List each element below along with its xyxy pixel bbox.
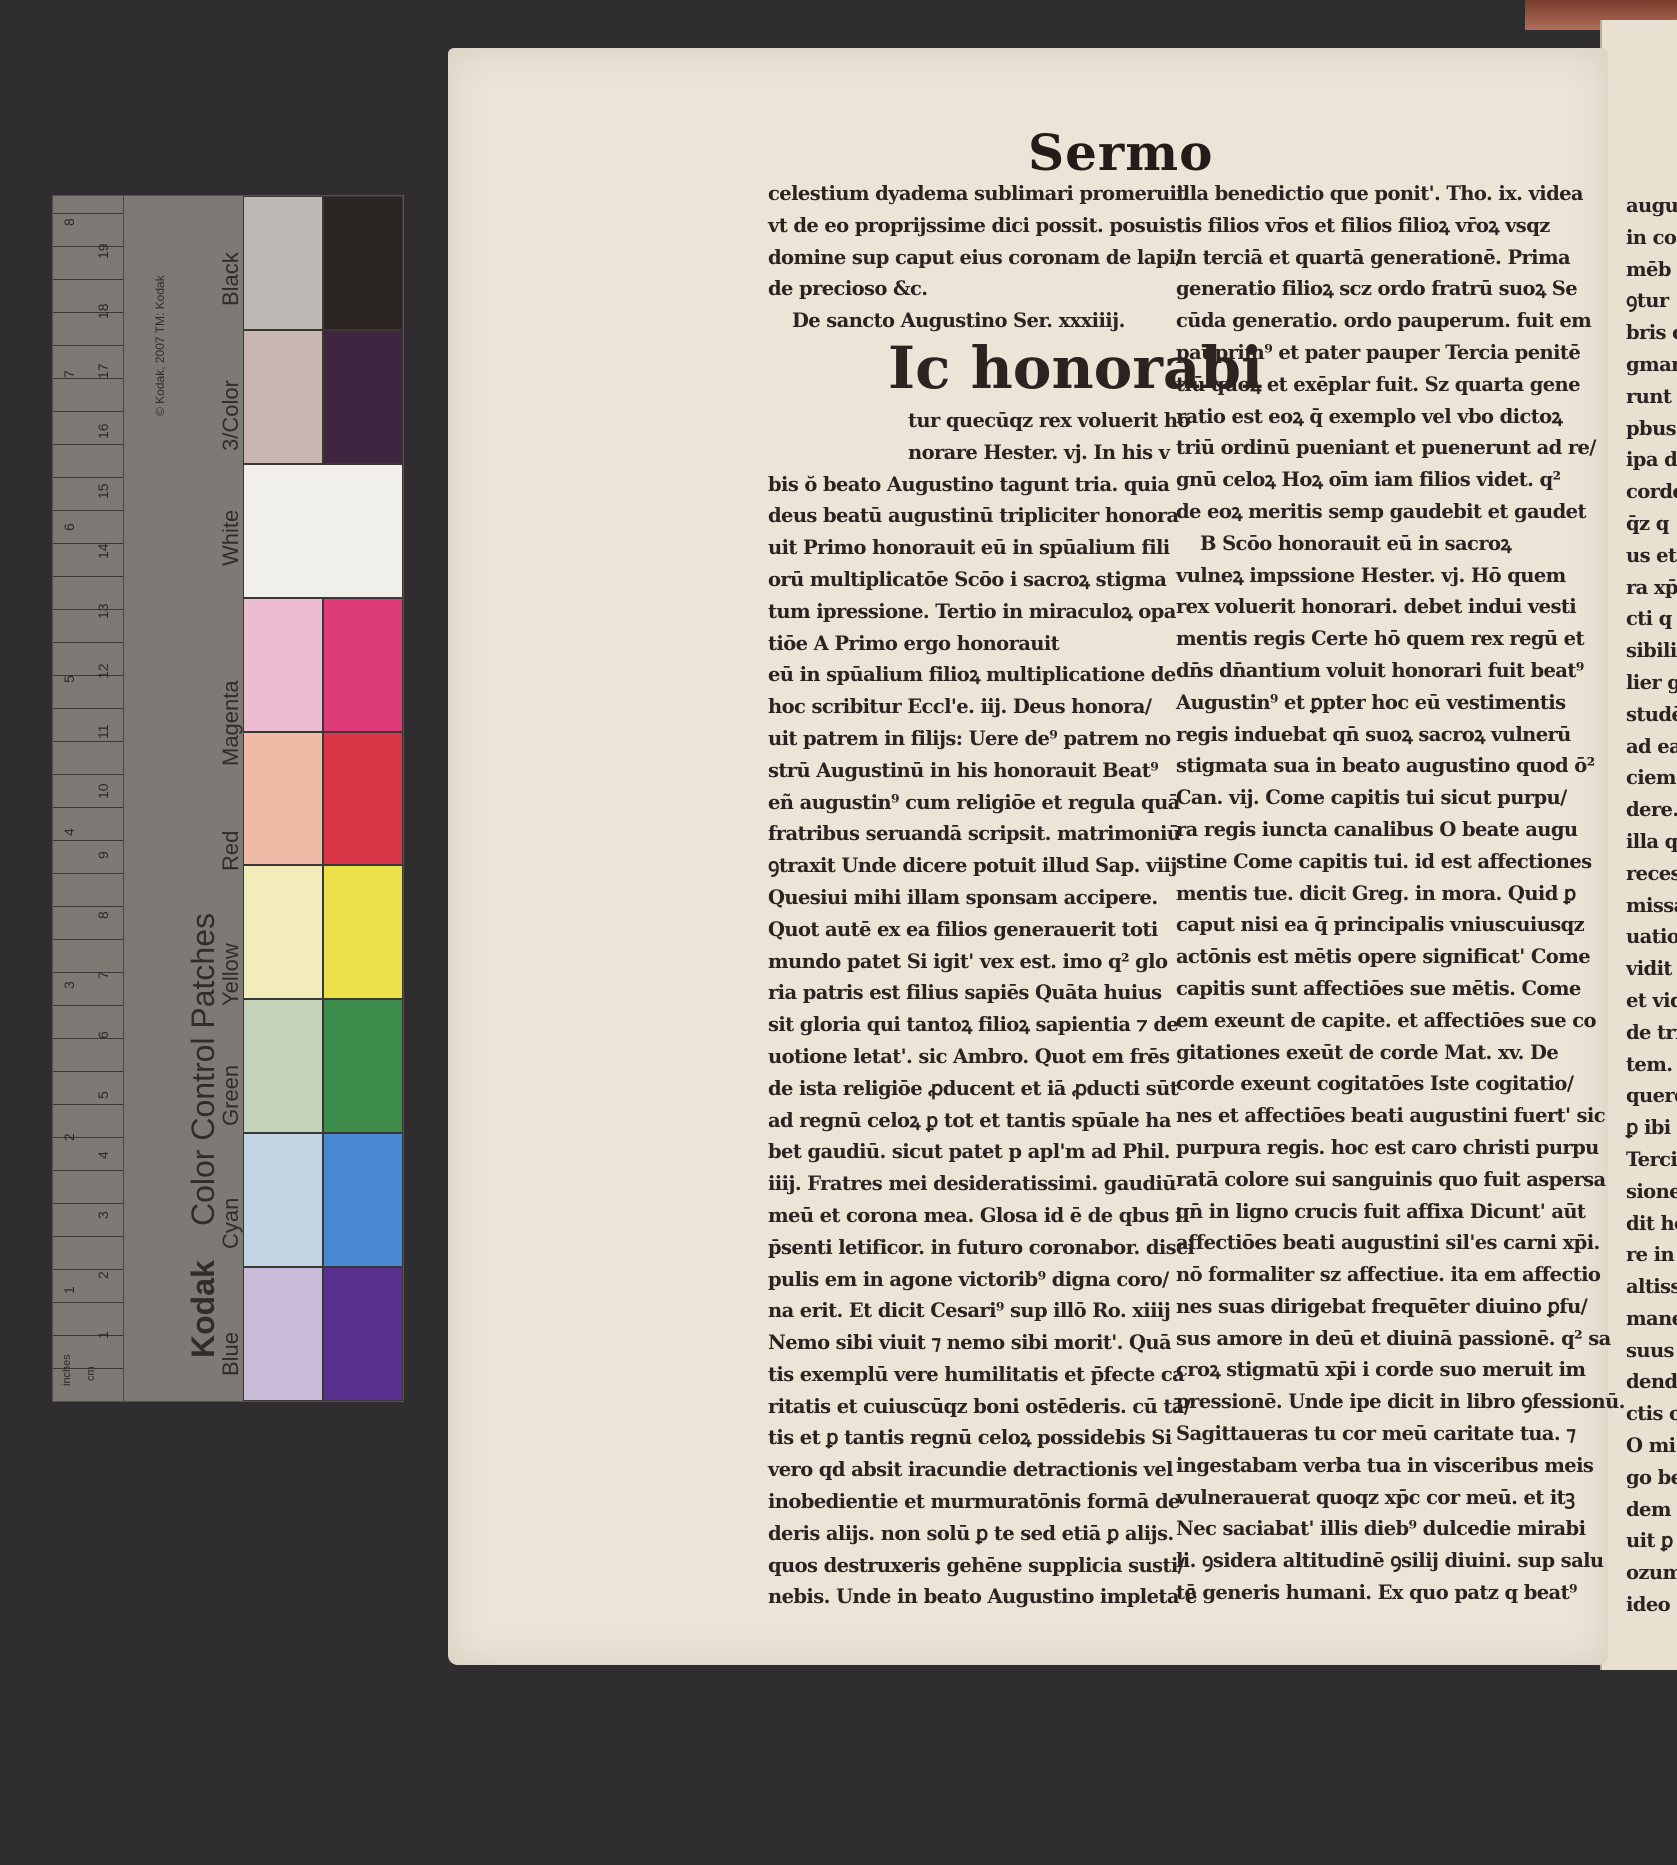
text-line: ria patris est filius sapiēs Quāta huius [768, 977, 1128, 1009]
column-left: celestium dyadema sublimari promeruit vt… [768, 178, 1128, 1613]
text-line: uatio [1626, 921, 1677, 953]
text-line: li. ꝯsidera altitudinē ꝯsilij diuini. su… [1176, 1545, 1556, 1577]
patch-3color-dark [323, 330, 403, 464]
patch-green-light [243, 999, 323, 1133]
patch-magenta-light [243, 598, 323, 732]
color-patches [243, 196, 403, 1401]
ruler-unit-inches: inches [61, 1354, 73, 1386]
kodak-brand: Kodak [185, 1260, 222, 1358]
text-line: eū in spūalium filioꝝ multiplicatione de [768, 659, 1128, 691]
text-line: deus beatū augustinū tripliciter honora [768, 500, 1128, 532]
text-line: bris c [1626, 317, 1677, 349]
text-line: gnū celoꝝ Hoꝝ oīm iam filios videt. q² [1176, 464, 1556, 496]
text-line: pbus [1626, 413, 1677, 445]
text-line: suus m [1626, 1335, 1677, 1367]
text-line: re in m [1626, 1239, 1677, 1271]
text-line: eñ augustin⁹ cum religiōe et regula quā [768, 787, 1128, 819]
text-line: sibilit [1626, 635, 1677, 667]
text-line: ipa d [1626, 444, 1677, 476]
text-line: orū multiplicatōe Scōo i sacroꝝ stigma [768, 564, 1128, 596]
cm-tick: 17 [95, 363, 111, 379]
text-line: uit patrem in filijs: Uere de⁹ patrem no [768, 723, 1128, 755]
text-line: dem c [1626, 1494, 1677, 1526]
text-line: ad regnū celoꝝ ꝑ tot et tantis spūale ha [768, 1105, 1128, 1137]
text-line: nes et affectiōes beati augustini fuert'… [1176, 1100, 1556, 1132]
text-line: studē [1626, 699, 1677, 731]
facing-page: augu in co mēb ꝯtur bris c gmar runt pbu… [1600, 20, 1677, 1670]
text-line: mentis tue. dicit Greg. in mora. Quid ꝑ [1176, 878, 1556, 910]
text-line: mentis regis Certe hō quem rex regū et [1176, 623, 1556, 655]
cm-tick: 18 [95, 303, 111, 319]
label-cyan: Cyan [218, 1198, 244, 1249]
label-3color: 3/Color [218, 380, 244, 451]
inch-tick: 5 [61, 675, 77, 683]
text-line: nebis. Unde in beato Augustino impleta ē [768, 1581, 1128, 1613]
label-green: Green [218, 1065, 244, 1126]
text-line: recess [1626, 858, 1677, 890]
text-line: Nec saciabat' illis dieb⁹ dulcedie mirab… [1176, 1513, 1556, 1545]
text-line: augu [1626, 190, 1677, 222]
patch-white [243, 464, 403, 598]
text-line: actōnis est mētis opere significat' Come [1176, 941, 1556, 973]
label-white: White [218, 510, 244, 566]
text-line: em exeunt de capite. et affectiōes sue c… [1176, 1005, 1556, 1037]
text-line: ad ea [1626, 731, 1677, 763]
text-line: tis et ꝑ tantis regnū celoꝝ possidebis S… [768, 1422, 1128, 1454]
text-line: domine sup caput eius coronam de lapi/ [768, 242, 1128, 274]
text-line: bis ŏ beato Augustino tagunt tria. quia [768, 469, 1128, 501]
cm-tick: 13 [95, 603, 111, 619]
label-red: Red [218, 831, 244, 871]
section-title: De sancto Augustino Ser. xxxiiij. [768, 305, 1128, 337]
text-line: tis filios vr̄os et filios filioꝝ vr̄oꝝ … [1176, 210, 1556, 242]
patch-black-light [243, 196, 323, 330]
patch-yellow-light [243, 865, 323, 999]
inch-tick: 2 [61, 1133, 77, 1141]
patch-green-dark [323, 999, 403, 1133]
text-line: quos destruxeris gehēne supplicia susti/ [768, 1550, 1128, 1582]
text-line: et vid [1626, 985, 1677, 1017]
text-line: mēb [1626, 254, 1677, 286]
text-line: meū et corona mea. Glosa id ē de qbus i [768, 1200, 1128, 1232]
patch-cyan-light [243, 1133, 323, 1267]
text-line: p̄senti letificor. in futuro coronabor. … [768, 1232, 1128, 1264]
text-line: tem. [1626, 1049, 1677, 1081]
text-line: illa benedictio que ponit'. Tho. ix. vid… [1176, 178, 1556, 210]
text-line: ciem [1626, 762, 1677, 794]
text-line: dn̄s dn̄antium voluit honorari fuit beat… [1176, 655, 1556, 687]
cm-tick: 4 [95, 1151, 111, 1159]
text-line: ctis op [1626, 1398, 1677, 1430]
text-line: caput nisi ea q̄ principalis vniuscuiusq… [1176, 909, 1556, 941]
inch-tick: 1 [61, 1286, 77, 1294]
text-line: nō formaliter sz affectiue. ita em affec… [1176, 1259, 1556, 1291]
text-line: cti q [1626, 603, 1677, 635]
cm-tick: 9 [95, 851, 111, 859]
text-line: q̄z q [1626, 508, 1677, 540]
ruler-unit-cm: cm [85, 1366, 97, 1381]
text-line: ꝯtur [1626, 285, 1677, 317]
text-line: vulnerauerat quoqz xp̄c cor meū. et itꝫ [1176, 1482, 1556, 1514]
text-line: O mi [1626, 1430, 1677, 1462]
text-line: nes suas dirigebat frequēter diuino ꝑfu/ [1176, 1291, 1556, 1323]
text-line: iiij. Fratres mei desideratissimi. gaudi… [768, 1168, 1128, 1200]
ruler: inches cm 1 2 3 4 5 6 7 8 1 2 3 4 5 6 7 … [53, 196, 124, 1401]
text-line: rex voluerit honorari. debet indui vesti [1176, 591, 1556, 623]
text-line: hoc scribitur Eccl'e. iij. Deus honora/ [768, 691, 1128, 723]
text-line: ratio est eoꝝ q̄ exemplo vel vbo dictoꝝ [1176, 401, 1556, 433]
text-line: fratribus seruandā scripsit. matrimoniū [768, 818, 1128, 850]
text-line: na erit. Et dicit Cesari⁹ sup illō Ro. x… [768, 1295, 1128, 1327]
text-line: mundo patet Si igit' vex est. imo q² glo [768, 946, 1128, 978]
text-line: ideo d [1626, 1589, 1677, 1621]
text-line: ratā colore sui sanguinis quo fuit asper… [1176, 1164, 1556, 1196]
patch-blue-dark [323, 1267, 403, 1401]
text-line: corde [1626, 476, 1677, 508]
text-line: norare Hester. vj. In his v [768, 437, 1128, 469]
text-line: corde exeunt cogitatōes Iste cogitatio/ [1176, 1068, 1556, 1100]
color-bar-title: Color Control Patches [185, 913, 222, 1226]
text-line: missa [1626, 890, 1677, 922]
patch-cyan-dark [323, 1133, 403, 1267]
text-line: stigmata sua in beato augustino quod ō² [1176, 750, 1556, 782]
text-line: generatio filioꝝ scz ordo fratrū suoꝝ Se [1176, 273, 1556, 305]
text-line: uit ꝑ [1626, 1525, 1677, 1557]
text-line: sione [1626, 1176, 1677, 1208]
text-line: altissi [1626, 1271, 1677, 1303]
text-line: strū Augustinū in his honorauit Beat⁹ [768, 755, 1128, 787]
text-line: Quesiui mihi illam sponsam accipere. [768, 882, 1128, 914]
text-line: inobedientie et murmuratōnis formā de [768, 1486, 1128, 1518]
text-line: pauprim⁹ et pater pauper Tercia penitē [1176, 337, 1556, 369]
text-line: bet gaudiū. sicut patet p apl'm ad Phil. [768, 1136, 1128, 1168]
patch-magenta-dark [323, 598, 403, 732]
patch-3color-light [243, 330, 323, 464]
text-line: sit gloria qui tantoꝝ filioꝝ sapientia ⁊… [768, 1009, 1128, 1041]
text-line: vidit [1626, 953, 1677, 985]
text-line: vulneꝝ impssione Hester. vj. Hō quem [1176, 560, 1556, 592]
text-line: dit ho [1626, 1208, 1677, 1240]
cm-tick: 2 [95, 1271, 111, 1279]
initial-heading: Ic honorabi [768, 337, 1128, 405]
text-line: Quot autē ex ea filios generauerit toti [768, 914, 1128, 946]
text-line: sus amore in deū et diuinā passionē. q² … [1176, 1323, 1556, 1355]
text-line: Sagittaueras tu cor meū caritate tua. ⁊ [1176, 1418, 1556, 1450]
text-line: ritatis et cuiuscūqz boni ostēderis. cū … [768, 1391, 1128, 1423]
text-line: quere [1626, 1080, 1677, 1112]
text-line: ra regis iuncta canalibus O beate augu [1176, 814, 1556, 846]
text-line: Can. vij. Come capitis tui sicut purpu/ [1176, 782, 1556, 814]
inch-tick: 7 [61, 370, 77, 378]
label-blue: Blue [218, 1332, 244, 1376]
text-line: uit Primo honorauit eū in spūalium fili [768, 532, 1128, 564]
text-line: deris alijs. non solū ꝑ te sed etiā ꝑ al… [768, 1518, 1128, 1550]
text-line: croꝝ stigmatū xp̄i i corde suo meruit im [1176, 1354, 1556, 1386]
text-line: tiū quoꝝ et exēplar fuit. Sz quarta gene [1176, 369, 1556, 401]
book-page: Sermo celestium dyadema sublimari promer… [448, 48, 1608, 1665]
text-line: tur quecūqz rex voluerit ho [768, 405, 1128, 437]
text-line: tiōe A Primo ergo honorauit [768, 628, 1128, 660]
cm-tick: 14 [95, 543, 111, 559]
inch-tick: 4 [61, 828, 77, 836]
text-line: vero qd absit iracundie detractionis vel [768, 1454, 1128, 1486]
text-line: purpura regis. hoc est caro christi purp… [1176, 1132, 1556, 1164]
text-line: uotione letat'. sic Ambro. Quot em frēs [768, 1041, 1128, 1073]
text-line: in co [1626, 222, 1677, 254]
text-line: tis exemplū vere humilitatis et p̄fecte … [768, 1359, 1128, 1391]
color-bar-labels: Kodak Color Control Patches © Kodak, 200… [123, 196, 243, 1401]
cm-tick: 12 [95, 663, 111, 679]
text-line: illa q [1626, 826, 1677, 858]
patch-blue-light [243, 1267, 323, 1401]
text-line: dendū [1626, 1366, 1677, 1398]
patch-black-dark [323, 196, 403, 330]
text-line: affectiōes beati augustini sil'es carni … [1176, 1227, 1556, 1259]
cm-tick: 1 [95, 1331, 111, 1339]
kodak-copyright: © Kodak, 2007 TM: Kodak [153, 275, 167, 416]
cm-tick: 8 [95, 911, 111, 919]
text-line: Augustin⁹ et ꝑpter hoc eū vestimentis [1176, 687, 1556, 719]
label-magenta: Magenta [218, 680, 244, 766]
text-line: ozum [1626, 1557, 1677, 1589]
inch-tick: 6 [61, 523, 77, 531]
text-line: stine Come capitis tui. id est affection… [1176, 846, 1556, 878]
cm-tick: 10 [95, 783, 111, 799]
text-line: ingestabam verba tua in visceribus meis [1176, 1450, 1556, 1482]
patch-yellow-dark [323, 865, 403, 999]
inch-tick: 3 [61, 981, 77, 989]
cm-tick: 19 [95, 243, 111, 259]
text-line: ra xp̄ [1626, 572, 1677, 604]
cm-tick: 11 [95, 724, 111, 739]
cm-tick: 5 [95, 1091, 111, 1099]
text-line: triū ordinū pueniant et puenerunt ad re/ [1176, 432, 1556, 464]
text-line: go bea [1626, 1462, 1677, 1494]
patch-red-light [243, 732, 323, 866]
text-line: tē generis humani. Ex quo patz q beat⁹ [1176, 1577, 1556, 1609]
cm-tick: 16 [95, 423, 111, 439]
text-line: lier g [1626, 667, 1677, 699]
cm-tick: 7 [95, 971, 111, 979]
ruler-tick-labels: inches cm 1 2 3 4 5 6 7 8 1 2 3 4 5 6 7 … [53, 196, 123, 1401]
text-line: runt [1626, 381, 1677, 413]
column-right: illa benedictio que ponit'. Tho. ix. vid… [1176, 178, 1556, 1609]
text-line: us et [1626, 540, 1677, 572]
inch-tick: 8 [61, 218, 77, 226]
text-line: de eoꝝ meritis semp gaudebit et gaudet [1176, 496, 1556, 528]
text-line: tum ipressione. Tertio in miraculoꝝ opa [768, 596, 1128, 628]
section-marker-line: B Scōo honorauit eū in sacroꝝ [1176, 528, 1556, 560]
patch-red-dark [323, 732, 403, 866]
text-line: regis induebat qn̄ suoꝝ sacroꝝ vulnerū [1176, 719, 1556, 751]
text-line: qn̄ in ligno crucis fuit affixa Dicunt' … [1176, 1196, 1556, 1228]
cm-tick: 6 [95, 1031, 111, 1039]
text-line: Terci [1626, 1144, 1677, 1176]
text-line: pressionē. Unde ipe dicit in libro ꝯfess… [1176, 1386, 1556, 1418]
label-black: Black [218, 252, 244, 306]
text-line: gmar [1626, 349, 1677, 381]
text-line: mane [1626, 1303, 1677, 1335]
text-line: celestium dyadema sublimari promeruit [768, 178, 1128, 210]
text-line: dere. [1626, 794, 1677, 826]
text-line: vt de eo proprijssime dici possit. posui… [768, 210, 1128, 242]
text-line: Nemo sibi viuit ⁊ nemo sibi morit'. Quā [768, 1327, 1128, 1359]
kodak-color-control-strip: inches cm 1 2 3 4 5 6 7 8 1 2 3 4 5 6 7 … [52, 195, 404, 1402]
label-yellow: Yellow [218, 943, 244, 1006]
text-line: cūda generatio. ordo pauperum. fuit em [1176, 305, 1556, 337]
text-line: de precioso &c. [768, 273, 1128, 305]
text-line: in terciā et quartā generationē. Prima [1176, 242, 1556, 274]
text-line: de ista religiōe ꝓducent et iā ꝓducti sū… [768, 1073, 1128, 1105]
text-line: de tri [1626, 1017, 1677, 1049]
text-line: pulis em in agone victorib⁹ digna coro/ [768, 1264, 1128, 1296]
text-line: ꝑ ibi f [1626, 1112, 1677, 1144]
text-line: capitis sunt affectiōes sue mētis. Come [1176, 973, 1556, 1005]
running-head: Sermo [1028, 123, 1214, 182]
cm-tick: 3 [95, 1211, 111, 1219]
text-line: gitationes exeūt de corde Mat. xv. De [1176, 1037, 1556, 1069]
text-line: ꝯtraxit Unde dicere potuit illud Sap. vi… [768, 850, 1128, 882]
cm-tick: 15 [95, 483, 111, 499]
